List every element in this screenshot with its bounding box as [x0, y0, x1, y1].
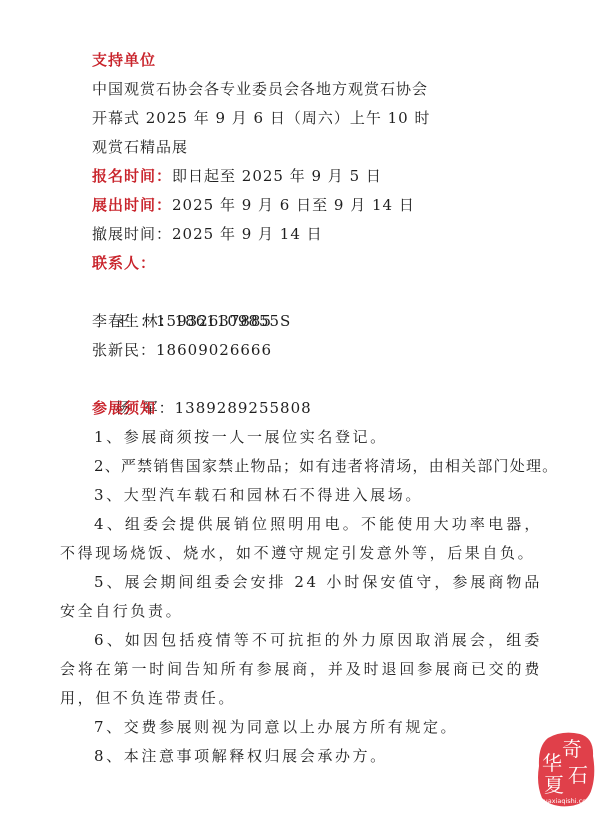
opening-ceremony: 开幕式 2025 年 9 月 6 日（周六）上午 10 时 — [60, 104, 542, 133]
support-heading: 支持单位 — [60, 46, 542, 75]
exhibition-name: 观赏石精品展 — [60, 133, 542, 162]
contact-item: 王 林：1861109855S — [60, 278, 542, 307]
contacts-heading: 联系人： — [60, 249, 542, 278]
seal-char: 石 — [568, 763, 588, 787]
contact-item: 李春生：15932637885 — [60, 307, 542, 336]
contact-name: 李春生： — [92, 312, 156, 330]
seal-domain: huaxiaqishi.com — [539, 797, 592, 805]
seal-char: 夏 — [544, 773, 564, 797]
document-page: 支持单位 中国观赏石协会各专业委员会各地方观赏石协会 开幕式 2025 年 9 … — [60, 46, 542, 771]
contact-phone: 1389289255808 — [175, 399, 312, 417]
notice-item: 6、如因包括疫情等不可抗拒的外力原因取消展会，组委会将在第一时间告知所有参展商，… — [60, 626, 542, 713]
support-organizers: 中国观赏石协会各专业委员会各地方观赏石协会 — [60, 75, 542, 104]
contact-item: 张新民：18609026666 — [60, 336, 542, 365]
seal-char: 奇 — [562, 737, 582, 761]
notice-item: 4、组委会提供展销位照明用电。不能使用大功率电器，不得现场烧饭、烧水，如不遵守规… — [60, 510, 542, 568]
notice-item: 1、参展商须按一人一展位实名登记。 — [60, 423, 542, 452]
exhibit-label: 展出时间： — [92, 196, 172, 214]
seal-char: 华 — [542, 751, 562, 775]
contact-phone: 15932637885 — [156, 312, 272, 330]
teardown-value: 2025 年 9 月 14 日 — [172, 225, 323, 243]
notice-item: 8、本注意事项解释权归展会承办方。 — [60, 742, 542, 771]
exhibit-value: 2025 年 9 月 6 日至 9 月 14 日 — [172, 196, 415, 214]
notice-item: 7、交费参展则视为同意以上办展方所有规定。 — [60, 713, 542, 742]
teardown-time: 撤展时间：2025 年 9 月 14 日 — [60, 220, 542, 249]
registration-value: 即日起至 2025 年 9 月 5 日 — [172, 167, 382, 185]
registration-time: 报名时间：即日起至 2025 年 9 月 5 日 — [60, 162, 542, 191]
teardown-label: 撤展时间： — [92, 225, 172, 243]
notice-item: 3、大型汽车载石和园林石不得进入展场。 — [60, 481, 542, 510]
contact-item: 杨 军：1389289255808 — [60, 365, 542, 394]
notice-item: 5、展会期间组委会安排 24 小时保安值守，参展商物品安全自行负责。 — [60, 568, 542, 626]
contact-name: 张新民： — [92, 341, 156, 359]
contact-phone: 18609026666 — [156, 341, 272, 359]
seal-logo-icon: 奇 华 石 夏 huaxiaqishi.com — [536, 730, 596, 810]
registration-label: 报名时间： — [92, 167, 172, 185]
notice-item: 2、严禁销售国家禁止物品；如有违者将清场，由相关部门处理。 — [60, 452, 542, 481]
exhibit-time: 展出时间：2025 年 9 月 6 日至 9 月 14 日 — [60, 191, 542, 220]
